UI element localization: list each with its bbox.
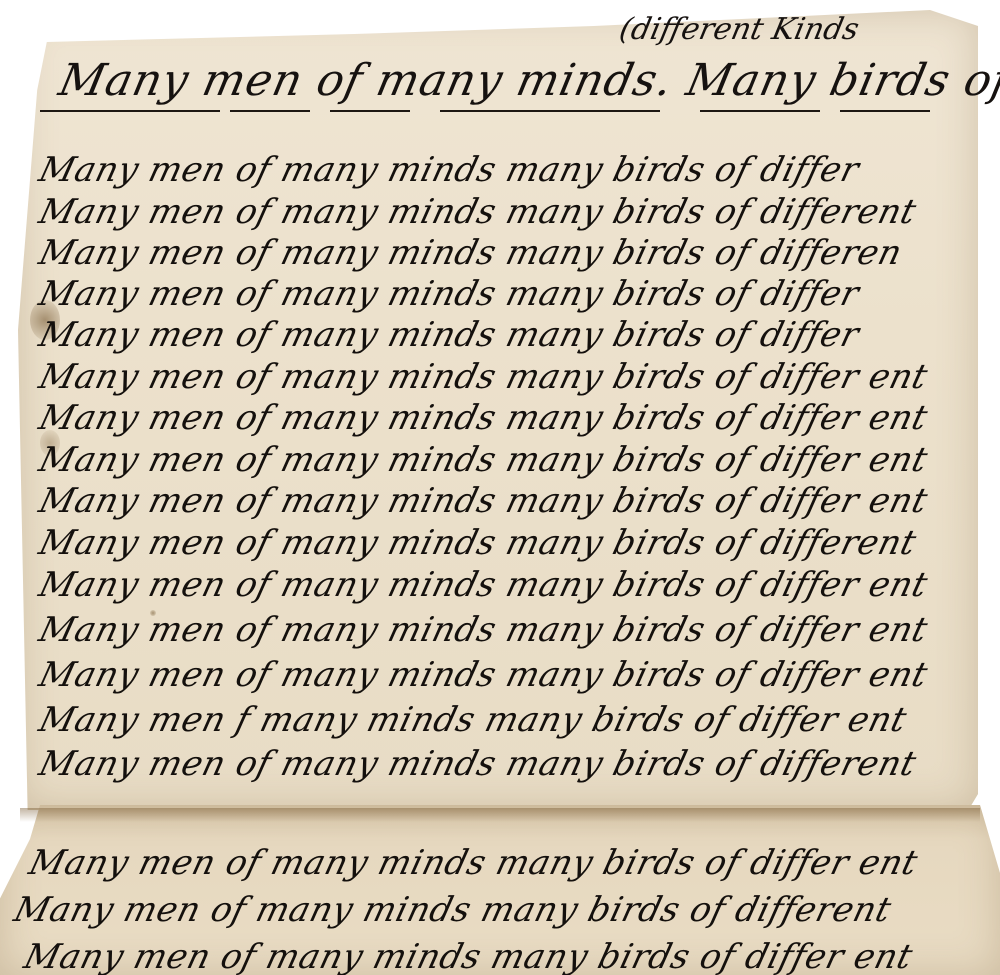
heading-underline (330, 110, 410, 112)
copy-line: Many men of many minds many birds of dif… (35, 523, 920, 563)
copy-line: Many men of many minds many birds of dif… (35, 610, 932, 650)
copy-heading: Many men of many minds. Many birds of ma… (55, 55, 966, 106)
copy-line: Many men of many minds many birds of dif… (35, 274, 863, 314)
copy-line: Many men of many minds many birds of dif… (35, 744, 920, 784)
page-fold (20, 808, 980, 822)
heading-underline (40, 110, 220, 112)
copy-line: Many men of many minds many birds of dif… (35, 192, 920, 232)
copy-line: Many men of many minds many birds of dif… (35, 481, 932, 521)
heading-underline (230, 110, 310, 112)
heading-underline (440, 110, 660, 112)
heading-underline (840, 110, 930, 112)
heading-text: Many men of many minds. Many birds of (55, 55, 1000, 106)
lower-copy-line: Many men of many minds many birds of dif… (20, 937, 917, 975)
copy-line: Many men of many minds many birds of dif… (35, 565, 932, 605)
copy-line: Many men of many minds many birds of dif… (35, 315, 863, 355)
lower-copy-line: Many men of many minds many birds of dif… (25, 843, 922, 883)
copy-line: Many men f many minds many birds of diff… (35, 700, 911, 740)
copy-line: Many men of many minds many birds of dif… (35, 357, 932, 397)
copy-line: Many men of many minds many birds of dif… (35, 150, 863, 190)
lower-copy-line: Many men of many minds many birds of dif… (10, 890, 895, 930)
copy-line: Many men of many minds many birds of dif… (35, 398, 932, 438)
margin-note: (different Kinds (616, 12, 862, 47)
copy-line: Many men of many minds many birds of dif… (35, 440, 932, 480)
heading-underline (700, 110, 820, 112)
copy-line: Many men of many minds many birds of dif… (35, 655, 932, 695)
copy-line: Many men of many minds many birds of dif… (35, 233, 906, 273)
